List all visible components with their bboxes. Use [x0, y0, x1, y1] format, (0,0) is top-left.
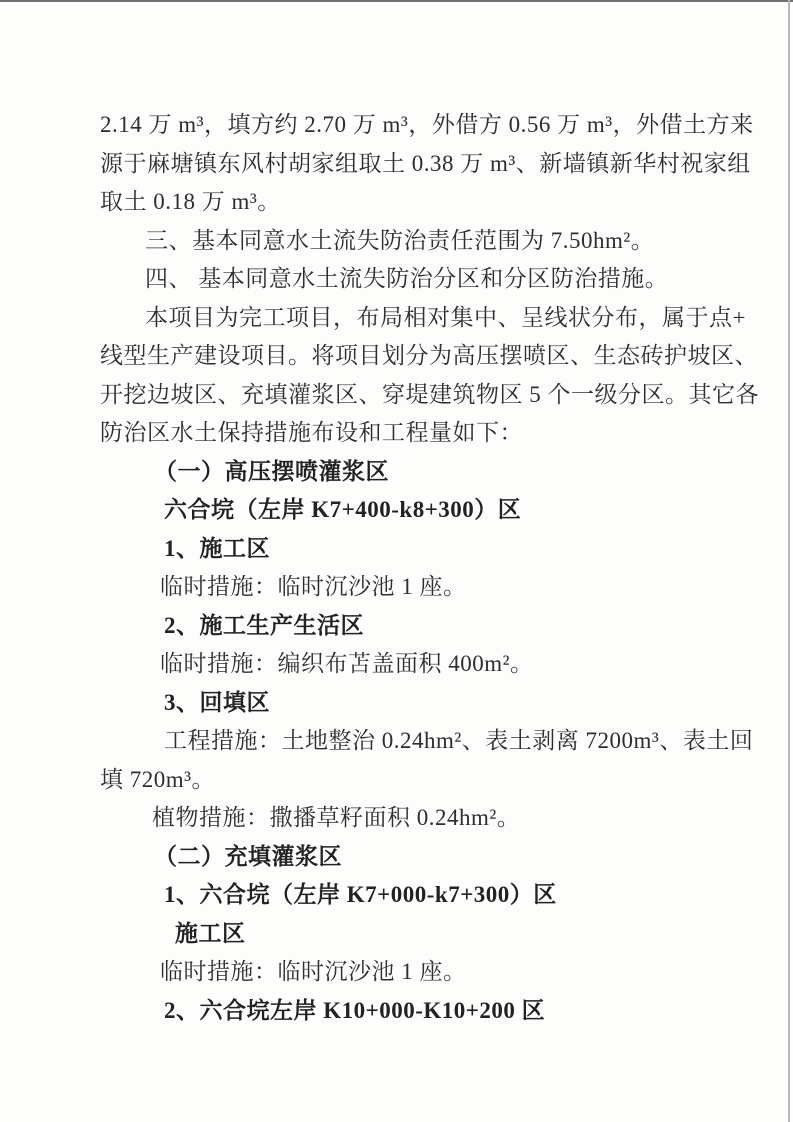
document-content: 2.14 万 m³，填方约 2.70 万 m³，外借方 0.56 万 m³，外借… [100, 106, 715, 1030]
subsection-1-construction-zone: 1、施工区 [164, 530, 715, 569]
scan-border-right [788, 0, 790, 1122]
temporary-measures-line-1: 临时措施：临时沉沙池 1 座。 [160, 568, 715, 607]
approval-item-three: 三、基本同意水土流失防治责任范围为 7.50hm²。 [145, 222, 715, 261]
earthwork-paragraph-line-3: 取土 0.18 万 m³。 [100, 183, 715, 222]
project-paragraph-line-4: 防治区水土保持措施布设和工程量如下： [100, 414, 715, 453]
earthwork-paragraph-line-2: 源于麻塘镇东风村胡家组取土 0.38 万 m³、新墙镇新华村祝家组 [100, 145, 715, 184]
engineering-measures-line-2: 填 720m³。 [100, 761, 715, 800]
project-paragraph-line-1: 本项目为完工项目，布局相对集中、呈线状分布，属于点+ [145, 299, 715, 338]
construction-zone-subheading: 施工区 [175, 915, 715, 954]
section-one-heading: （一）高压摆喷灌浆区 [154, 453, 715, 492]
engineering-measures-line-1: 工程措施：土地整治 0.24hm²、表土剥离 7200m³、表土回 [164, 722, 715, 761]
temporary-measures-line-2: 临时措施：编织布苫盖面积 400m²。 [160, 645, 715, 684]
subsection-2-production-living-zone: 2、施工生产生活区 [164, 607, 715, 646]
document-page: 2.14 万 m³，填方约 2.70 万 m³，外借方 0.56 万 m³，外借… [0, 0, 793, 1122]
vegetation-measures-line: 植物措施：撒播草籽面积 0.24hm²。 [152, 799, 715, 838]
temporary-measures-line-3: 临时措施：临时沉沙池 1 座。 [160, 953, 715, 992]
section-one-area-heading: 六合垸（左岸 K7+400-k8+300）区 [164, 491, 715, 530]
project-paragraph-line-3: 开挖边坡区、充填灌浆区、穿堤建筑物区 5 个一级分区。其它各 [100, 376, 715, 415]
approval-item-four: 四、 基本同意水土流失防治分区和分区防治措施。 [145, 260, 715, 299]
section-two-area-1-heading: 1、六合垸（左岸 K7+000-k7+300）区 [164, 876, 715, 915]
earthwork-paragraph-line-1: 2.14 万 m³，填方约 2.70 万 m³，外借方 0.56 万 m³，外借… [100, 106, 715, 145]
project-paragraph-line-2: 线型生产建设项目。将项目划分为高压摆喷区、生态砖护坡区、 [100, 337, 715, 376]
subsection-3-backfill-zone: 3、回填区 [164, 684, 715, 723]
section-two-heading: （二）充填灌浆区 [154, 838, 715, 877]
section-two-area-2-heading: 2、六合垸左岸 K10+000-K10+200 区 [164, 992, 715, 1031]
scan-border-top [0, 0, 793, 2]
